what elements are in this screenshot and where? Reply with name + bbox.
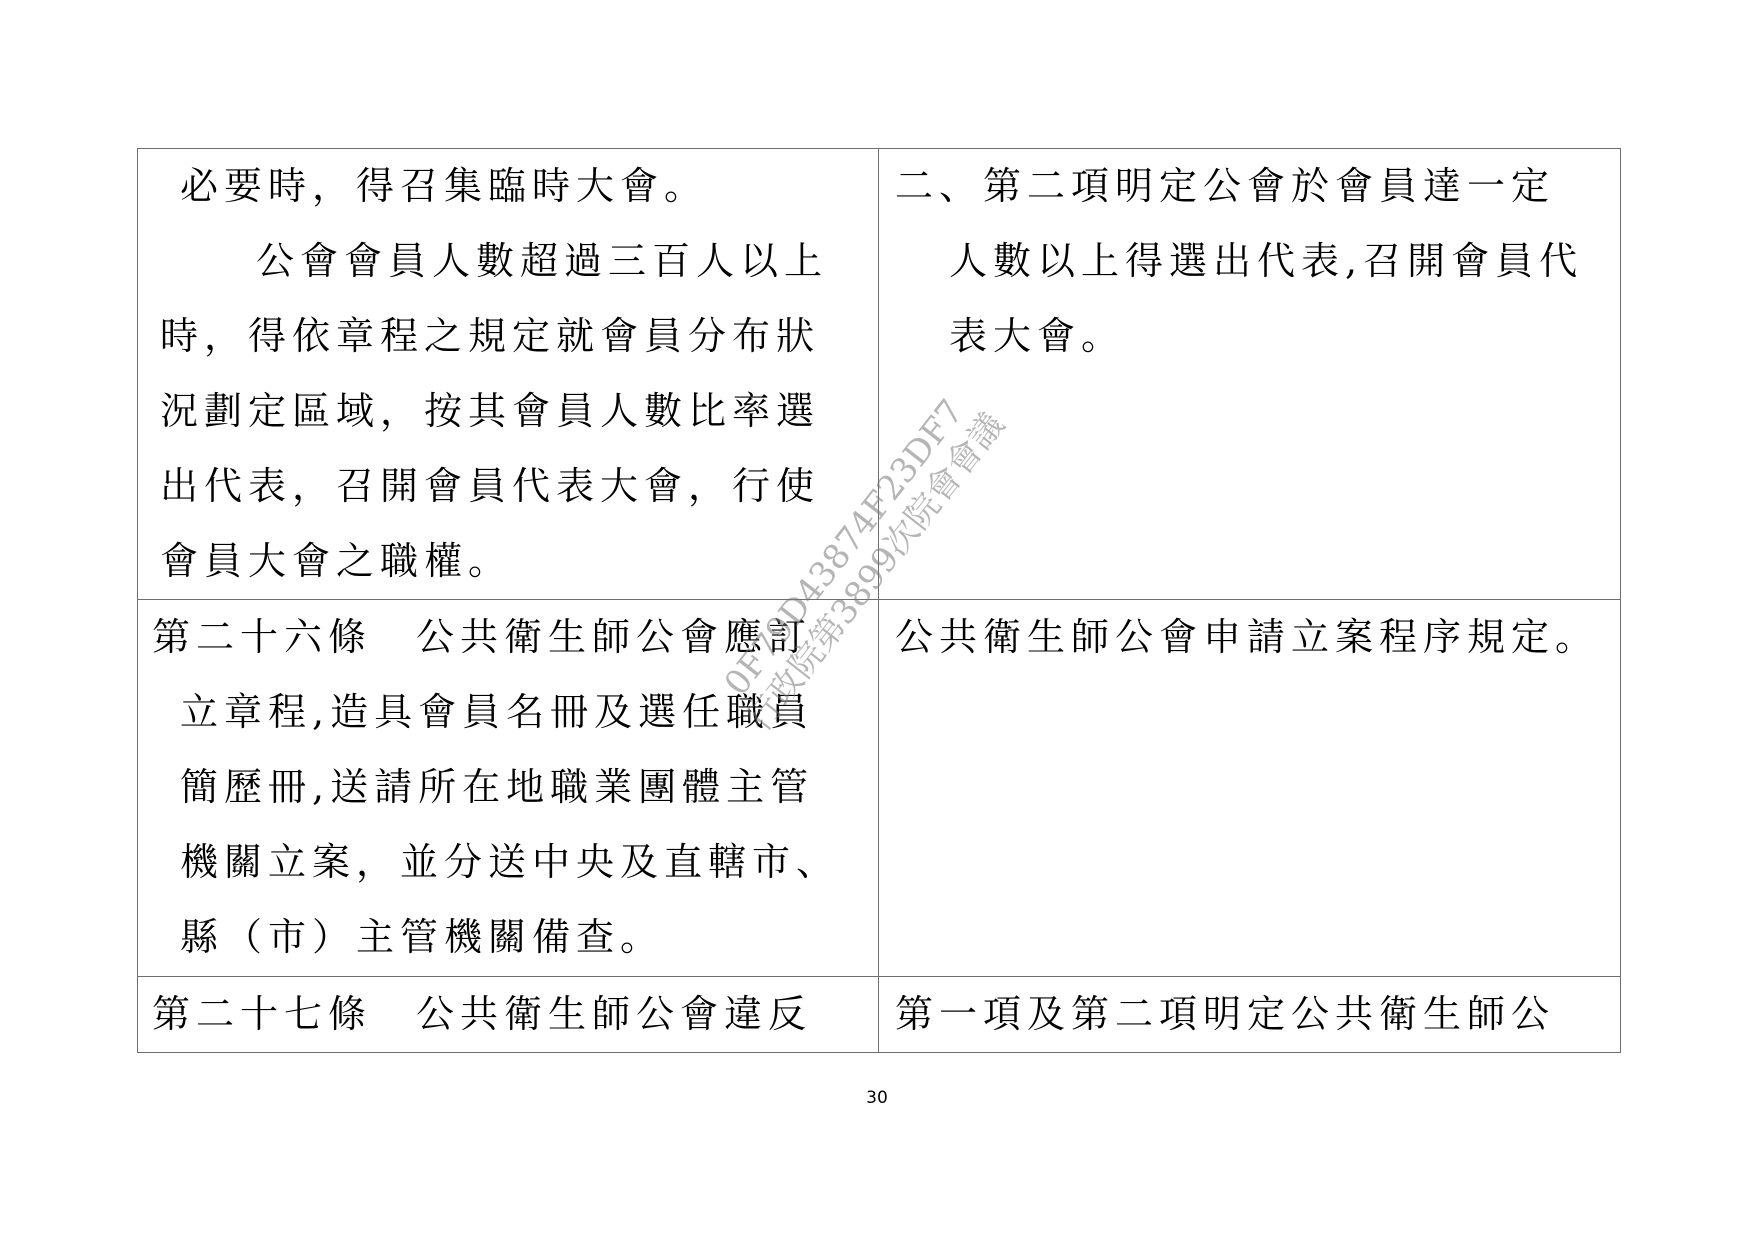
article-text-cell: 第二十六條 公共衛生師公會應訂 立章程,造具會員名冊及選任職員 簡歷冊,送請所在… [138,600,879,977]
text-line: 簡歷冊,送請所在地職業團體主管 [138,750,878,825]
page-number: 30 [0,1088,1754,1108]
explanation-cell: 第一項及第二項明定公共衛生師公 [879,977,1621,1053]
text-line: 二、第二項明定公會於會員達一定 [879,149,1620,224]
text-line: 況劃定區域，按其會員人數比率選 [138,374,878,449]
article-text-cell: 第二十七條 公共衛生師公會違反 [138,977,879,1053]
table-row: 第二十七條 公共衛生師公會違反 第一項及第二項明定公共衛生師公 [138,977,1621,1053]
article-text-cell: 必要時，得召集臨時大會。 公會會員人數超過三百人以上 時，得依章程之規定就會員分… [138,149,879,600]
text-line: 第二十六條 公共衛生師公會應訂 [138,600,878,675]
comparison-table: 必要時，得召集臨時大會。 公會會員人數超過三百人以上 時，得依章程之規定就會員分… [137,148,1621,1053]
document-page: 必要時，得召集臨時大會。 公會會員人數超過三百人以上 時，得依章程之規定就會員分… [0,0,1754,1241]
explanation-cell: 公共衛生師公會申請立案程序規定。 [879,600,1621,977]
text-line: 公會會員人數超過三百人以上 [138,224,878,299]
text-line: 時，得依章程之規定就會員分布狀 [138,299,878,374]
text-line: 人數以上得選出代表,召開會員代 [879,224,1620,299]
table-row: 第二十六條 公共衛生師公會應訂 立章程,造具會員名冊及選任職員 簡歷冊,送請所在… [138,600,1621,977]
explanation-cell: 二、第二項明定公會於會員達一定 人數以上得選出代表,召開會員代 表大會。 [879,149,1621,600]
text-line: 表大會。 [879,299,1620,374]
text-line: 公共衛生師公會申請立案程序規定。 [879,600,1620,675]
text-line: 第二十七條 公共衛生師公會違反 [138,977,878,1052]
text-line: 出代表，召開會員代表大會，行使 [138,449,878,524]
table-row: 必要時，得召集臨時大會。 公會會員人數超過三百人以上 時，得依章程之規定就會員分… [138,149,1621,600]
text-line: 會員大會之職權。 [138,524,878,599]
text-line: 立章程,造具會員名冊及選任職員 [138,675,878,750]
text-line: 第一項及第二項明定公共衛生師公 [879,977,1620,1052]
text-line: 縣（市）主管機關備查。 [138,900,878,975]
text-line: 必要時，得召集臨時大會。 [138,149,878,224]
text-line: 機關立案，並分送中央及直轄市、 [138,825,878,900]
